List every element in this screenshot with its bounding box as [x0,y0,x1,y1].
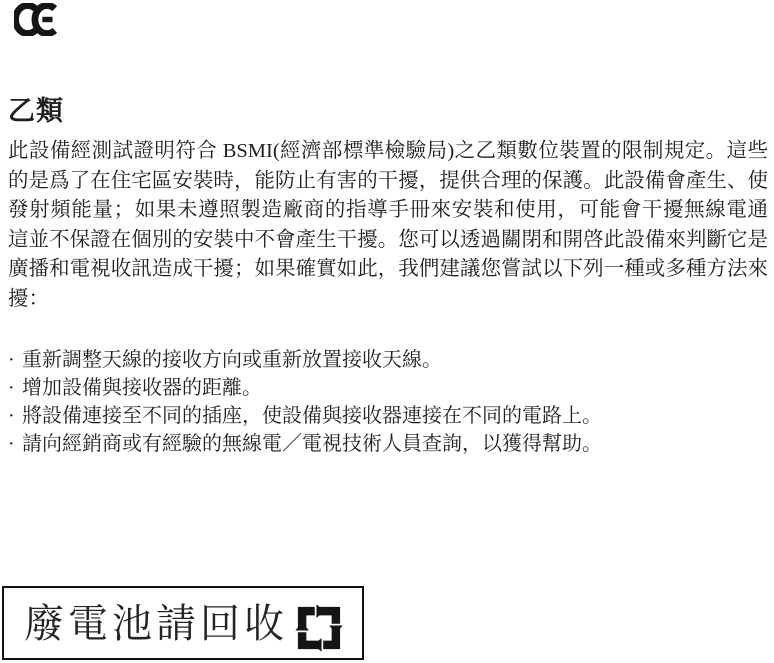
class-b-heading: 乙類 [8,97,64,127]
bullet-marker: · [8,402,22,430]
bullet-item: ·重新調整天線的接收方向或重新放置接收天線。 [8,346,768,374]
paragraph-line: 此設備經測試證明符合 BSMI(經濟部標準檢驗局)之乙類數位裝置的限制規定。這些… [8,137,768,167]
paragraph-line: 的是爲了在住宅區安裝時，能防止有害的干擾，提供合理的保護。此設備會產生、使用並散 [8,167,768,197]
battery-recycle-label: 廢電池請回收 [24,602,288,644]
bullet-text: 請向經銷商或有經驗的無線電／電視技術人員查詢，以獲得幫助。 [22,433,602,455]
remedy-bullet-list: ·重新調整天線的接收方向或重新放置接收天線。 ·增加設備與接收器的距離。 ·將設… [8,346,768,458]
paragraph-line: 發射頻能量；如果未遵照製造廠商的指導手冊來安裝和使用，可能會干擾無線電通訊。但是… [8,196,768,226]
battery-recycle-box: 廢電池請回收 [2,586,364,660]
bullet-marker: · [8,374,22,402]
paragraph-line: 廣播和電視收訊造成干擾；如果確實如此，我們建議您嘗試以下列一種或多種方法來排除干 [8,255,768,285]
bullet-marker: · [8,430,22,458]
recycling-icon [292,601,346,655]
bullet-marker: · [8,346,22,374]
paragraph-line: 這並不保證在個別的安裝中不會產生干擾。您可以透過關閉和開啓此設備來判斷它是否會對 [8,226,768,256]
bullet-item: ·將設備連接至不同的插座，使設備與接收器連接在不同的電路上。 [8,402,768,430]
regulatory-paragraph: 此設備經測試證明符合 BSMI(經濟部標準檢驗局)之乙類數位裝置的限制規定。這些… [8,137,768,314]
bullet-text: 將設備連接至不同的插座，使設備與接收器連接在不同的電路上。 [22,405,602,427]
bullet-text: 增加設備與接收器的距離。 [22,377,262,399]
paragraph-line: 擾： [8,285,768,315]
ce-mark-icon [14,3,60,36]
document-page: 乙類 此設備經測試證明符合 BSMI(經濟部標準檢驗局)之乙類數位裝置的限制規定… [0,0,774,663]
bullet-text: 重新調整天線的接收方向或重新放置接收天線。 [22,349,442,371]
bullet-item: ·增加設備與接收器的距離。 [8,374,768,402]
bullet-item: ·請向經銷商或有經驗的無線電／電視技術人員查詢，以獲得幫助。 [8,430,768,458]
